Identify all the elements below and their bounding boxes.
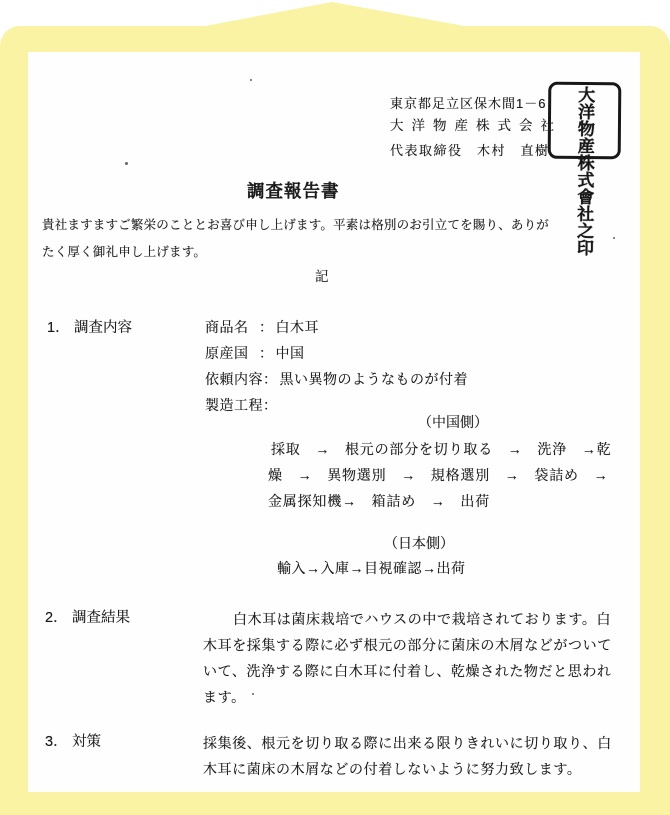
section-3-body: 採集後、根元を切り取る際に出来る限りきれいに切り取り、白 木耳に菌床の木屑などの… bbox=[203, 730, 612, 782]
result-line-1: 白木耳は菌床栽培でハウスの中で栽培されております。白 bbox=[233, 606, 612, 632]
china-process-flow: 採取 → 根元の部分を切り取る → 洗浄 →乾 燥 → 異物選別 → 規格選別 … bbox=[268, 436, 611, 514]
result-line-4: ます。 bbox=[203, 684, 612, 710]
section-3-number: 3． bbox=[45, 730, 72, 751]
result-line-2: 木耳を採集する際に必ず根元の部分に菌床の木屑などがついて bbox=[203, 632, 612, 658]
measure-line-2: 木耳に菌床の木屑などの付着しないように努力致します。 bbox=[203, 756, 612, 782]
letterhead-address: 東京都足立区保木間1－6 bbox=[390, 93, 546, 112]
scan-speck bbox=[252, 693, 254, 695]
field-colon: ： bbox=[259, 345, 274, 361]
field-product-name: 商品名：白木耳 bbox=[205, 314, 468, 340]
field-label: 依頼内容 bbox=[205, 366, 263, 392]
scan-speck bbox=[613, 237, 615, 239]
china-flow-line-2: 燥 → 異物選別 → 規格選別 → 袋詰め → bbox=[268, 462, 611, 488]
section-2-title: 調査結果 bbox=[72, 610, 130, 626]
field-value: 黒い異物のようなものが付着 bbox=[280, 371, 469, 387]
japan-side-caption: （日本側） bbox=[384, 533, 454, 553]
section-2-body: 白木耳は菌床栽培でハウスの中で栽培されております。白 木耳を採集する際に必ず根元… bbox=[203, 606, 612, 710]
china-flow-line-1: 採取 → 根元の部分を切り取る → 洗浄 →乾 bbox=[271, 436, 611, 462]
section-3-title: 対策 bbox=[72, 734, 101, 750]
letterhead-company: 大洋物産株式会社 bbox=[390, 114, 562, 134]
company-seal-stamp: 大洋物産株式會社之印 bbox=[548, 82, 622, 160]
survey-fields: 商品名：白木耳 原産国：中国 依頼内容：黒い異物のようなものが付着 製造工程： bbox=[205, 314, 468, 418]
field-colon: ： bbox=[259, 319, 274, 335]
document-title: 調査報告書 bbox=[247, 178, 340, 203]
field-colon: ： bbox=[263, 397, 278, 413]
field-value: 中国 bbox=[276, 345, 305, 361]
record-marker: 記 bbox=[315, 265, 329, 285]
section-1-title: 調査内容 bbox=[74, 320, 132, 336]
section-2-heading: 2．調査結果 bbox=[45, 606, 130, 627]
china-flow-line-3: 金属探知機→ 箱詰め → 出荷 bbox=[268, 488, 611, 514]
field-label: 製造工程 bbox=[205, 392, 263, 418]
greeting-line-2: たく厚く御礼申し上げます。 bbox=[42, 242, 206, 260]
yellow-backdrop-peak bbox=[200, 2, 470, 27]
field-request-detail: 依頼内容：黒い異物のようなものが付着 bbox=[205, 366, 468, 392]
japan-process-flow: 輸入→入庫→目視確認→出荷 bbox=[277, 558, 466, 578]
section-1-number: 1． bbox=[47, 316, 74, 337]
field-value: 白木耳 bbox=[276, 319, 320, 335]
report-page: 東京都足立区保木間1－6 大洋物産株式会社 代表取締役 木村 直樹 大洋物産株式… bbox=[28, 52, 640, 792]
section-2-number: 2． bbox=[45, 606, 72, 627]
china-side-caption: （中国側） bbox=[418, 412, 488, 432]
section-1-heading: 1．調査内容 bbox=[47, 316, 132, 337]
result-line-3: いて、洗浄する際に白木耳に付着し、乾燥された物だと思われ bbox=[203, 658, 612, 684]
field-label: 原産国 bbox=[205, 340, 259, 366]
measure-line-1: 採集後、根元を切り取る際に出来る限りきれいに切り取り、白 bbox=[203, 730, 612, 756]
greeting-line-1: 貴社ますますご繁栄のこととお喜び申し上げます。平素は格別のお引立てを賜り、ありが bbox=[42, 215, 549, 233]
company-seal-text: 大洋物産株式會社之印 bbox=[574, 85, 596, 155]
field-origin-country: 原産国：中国 bbox=[205, 340, 468, 366]
scan-speck bbox=[125, 162, 128, 165]
field-label: 商品名 bbox=[205, 314, 259, 340]
field-colon: ： bbox=[263, 371, 278, 387]
scan-speck bbox=[250, 79, 252, 81]
scanned-report-photo: 東京都足立区保木間1－6 大洋物産株式会社 代表取締役 木村 直樹 大洋物産株式… bbox=[0, 0, 670, 815]
letterhead-representative: 代表取締役 木村 直樹 bbox=[390, 140, 550, 159]
section-3-heading: 3．対策 bbox=[45, 730, 101, 751]
